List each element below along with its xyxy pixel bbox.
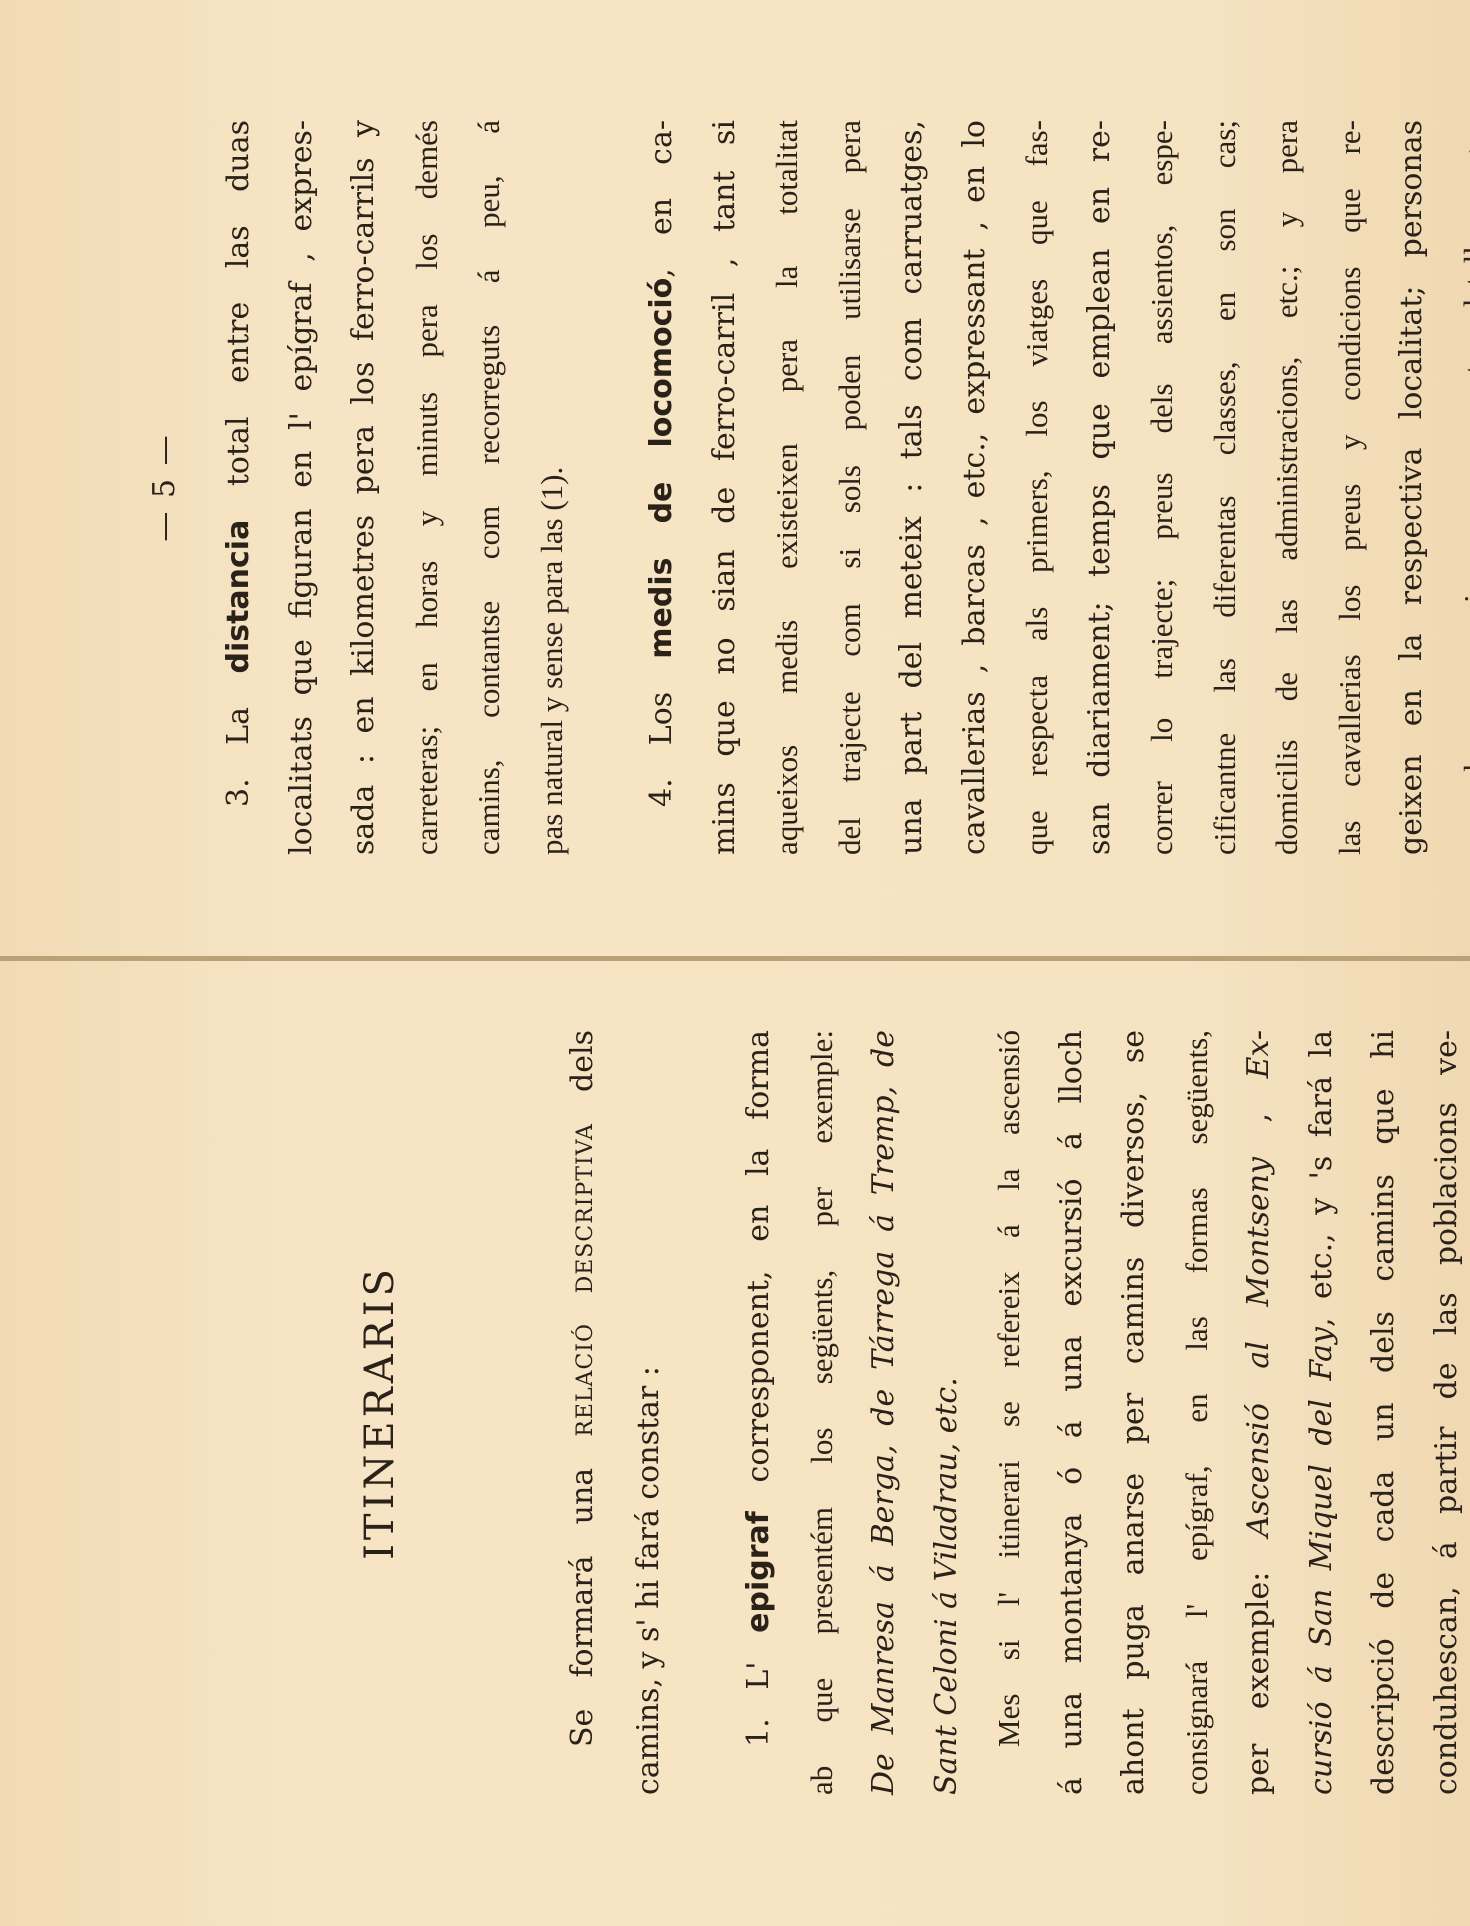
text-line: pas natural y sense para las (1). [521,120,584,855]
text-line: camins, contantse com recorreguts á peu,… [458,120,521,855]
text-line: Sant Celoni á Viladrau, etc. [916,1030,979,1795]
text-line: 4. Los medis de locomoció, en ca- [631,120,694,855]
intro-paragraph: Se formará una RELACIÓ DESCRIPTIVA dels … [552,1030,680,1795]
text-line: localitats que figuran en l' epígraf , e… [271,120,334,855]
text-line: carreteras; en horas y minuts pera los d… [396,120,459,855]
text-line: 1. L' epigraf corresponent, en la forma [728,1030,791,1795]
text-line: consignará l' epígraf, en las formas seg… [1166,1030,1229,1795]
text-line: á una montanya ó á una excursió á lloch [1041,1030,1104,1795]
text-line: conduhescan, á partir de las poblacions … [1416,1030,1470,1795]
text-line: camins, y s' hi fará constar : [618,1030,681,1795]
term-epigraf: epigraf [741,1511,776,1633]
term-distancia: distancia [221,520,256,674]
text-line: que las proporcionan, y quants detalls p… [1444,120,1470,855]
text-line: correr lo trajecte; preus dels assientos… [1131,120,1194,855]
term-medis-locomocio: medis de locomoció [644,278,679,659]
term-relacio-descriptiva: RELACIÓ DESCRIPTIVA [573,1123,598,1437]
section-1-epigraf: 1. L' epigraf corresponent, en la forma … [728,1030,978,1795]
example-ascensio-montseny: Ascensió al Montseny [1241,1157,1276,1537]
section-4-medis-locomocio: 4. Los medis de locomoció, en ca- mins q… [631,120,1470,855]
text-line: las cavallerias los preus y condicions q… [1319,120,1382,855]
text-line: Mes si l' itinerari se refereix á la asc… [978,1030,1041,1795]
text-line: aqueixos medis existeixen pera la totali… [756,120,819,855]
text-line: cavallerias , barcas , etc., expressant … [944,120,1007,855]
text-line: domicilis de las administracions, etc.; … [1256,120,1319,855]
text-line: descripció de cada un dels camins que hi [1353,1030,1416,1795]
text-line: De Manresa á Berga, de Tárrega á Tremp, … [853,1030,916,1795]
text-line: per exemple: Ascensió al Montseny , Ex- [1228,1030,1291,1795]
text-line: cursió á San Miquel del Fay, etc., y 's … [1291,1030,1354,1795]
text-line: del trajecte com si sols poden utilisars… [819,120,882,855]
text-line: que respecta als primers, los viatges qu… [1006,120,1069,855]
page-fold-divider [0,956,1470,961]
text-line: ahont puga anarse per camins diversos, s… [1103,1030,1166,1795]
example-san-miquel-fay: cursió á San Miquel del Fay [1304,1327,1339,1795]
text-line: mins que no sian de ferro-carril , tant … [694,120,757,855]
page-itineraris: ITINERARIS Se formará una RELACIÓ DESCRI… [360,1030,1460,1795]
text-line: Se formará una RELACIÓ DESCRIPTIVA dels [552,1030,618,1795]
text-line: cificantne las diferentas classes, en so… [1194,120,1257,855]
text-line: sada : en kilometres pera los ferro-carr… [333,120,396,855]
text-line: ab que presentém los següents, per exemp… [791,1030,854,1795]
page-5: — 5 — 3. La distancia total entre las du… [150,120,1450,855]
text-line: 3. La distancia total entre las duas [208,120,271,855]
text-line: geixen en la respectiva localitat; perso… [1381,120,1444,855]
page-title: ITINERARIS [360,1030,480,1795]
page-number: — 5 — [150,120,208,855]
section-3-distancia: 3. La distancia total entre las duas loc… [208,120,583,855]
section-1-continuation: Mes si l' itinerari se refereix á la asc… [978,1030,1470,1795]
text-line: una part del meteix : tals com carruatge… [881,120,944,855]
text-line: san diariament; temps que emplean en re- [1069,120,1132,855]
